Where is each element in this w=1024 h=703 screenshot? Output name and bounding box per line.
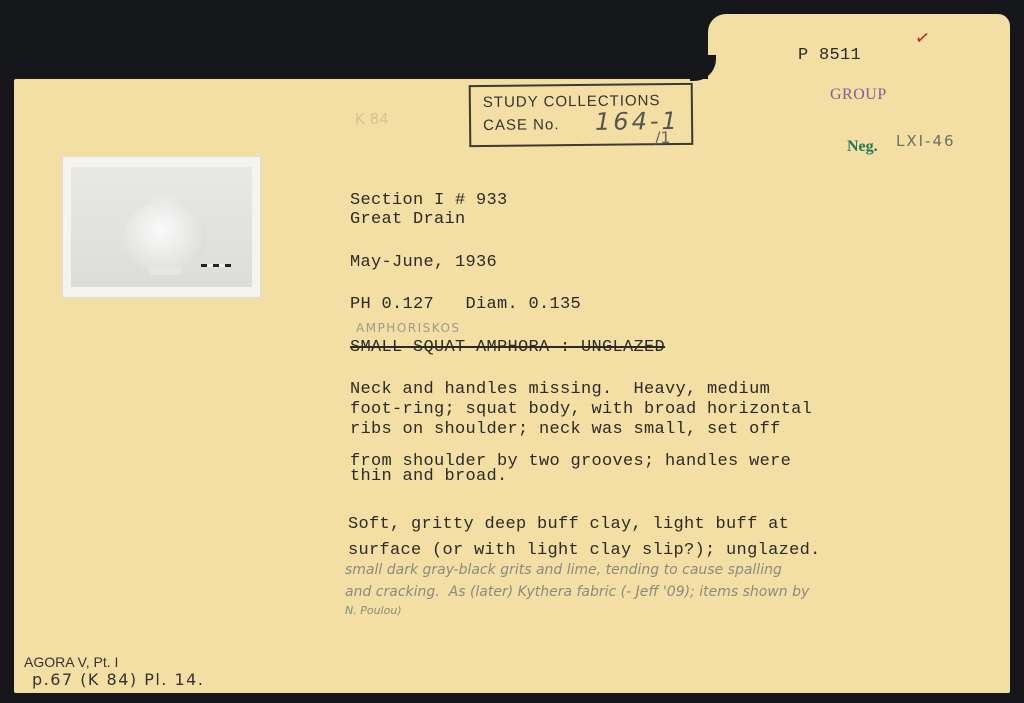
description-line: foot-ring; squat body, with broad horizo… xyxy=(350,400,812,419)
description-line: ribs on shoulder; neck was small, set of… xyxy=(350,420,781,439)
group-label: GROUP xyxy=(830,86,887,104)
neg-label: Neg. xyxy=(847,138,878,156)
scale-bar xyxy=(201,264,231,267)
description-line: Neck and handles missing. Heavy, medium xyxy=(350,380,770,399)
excavation-date: May-June, 1936 xyxy=(350,253,497,272)
handwritten-note-line: N. Poulou) xyxy=(345,604,402,617)
case-suffix: /1 xyxy=(655,128,671,147)
vase-body xyxy=(123,202,207,272)
handwritten-note-line: small dark gray-black grits and lime, te… xyxy=(345,562,782,578)
find-location: Great Drain xyxy=(350,210,466,229)
vase-foot xyxy=(149,267,181,275)
object-photo xyxy=(62,156,261,298)
photo-background xyxy=(71,167,252,287)
struck-title: SMALL SQUAT AMPHORA : UNGLAZED xyxy=(350,338,665,357)
faint-note: K 84 xyxy=(355,110,389,128)
publication-page: p.67 (K 84) Pl. 14. xyxy=(32,670,204,689)
stamp-case-label: CASE No. xyxy=(483,116,560,134)
right-edge xyxy=(1010,0,1024,703)
catalog-number: P 8511 xyxy=(798,46,861,65)
description-line: thin and broad. xyxy=(350,467,508,486)
section-number: Section I # 933 xyxy=(350,191,508,210)
fabric-line: Soft, gritty deep buff clay, light buff … xyxy=(348,515,789,534)
dimensions: PH 0.127 Diam. 0.135 xyxy=(350,295,581,314)
correction-note: AMPHORISKOS xyxy=(356,321,461,335)
fabric-line: surface (or with light clay slip?); ungl… xyxy=(348,541,821,560)
publication-reference: AGORA V, Pt. I xyxy=(24,654,118,670)
handwritten-note-line: and cracking. As (later) Kythera fabric … xyxy=(345,584,809,600)
neg-number: LXI-46 xyxy=(896,132,956,150)
